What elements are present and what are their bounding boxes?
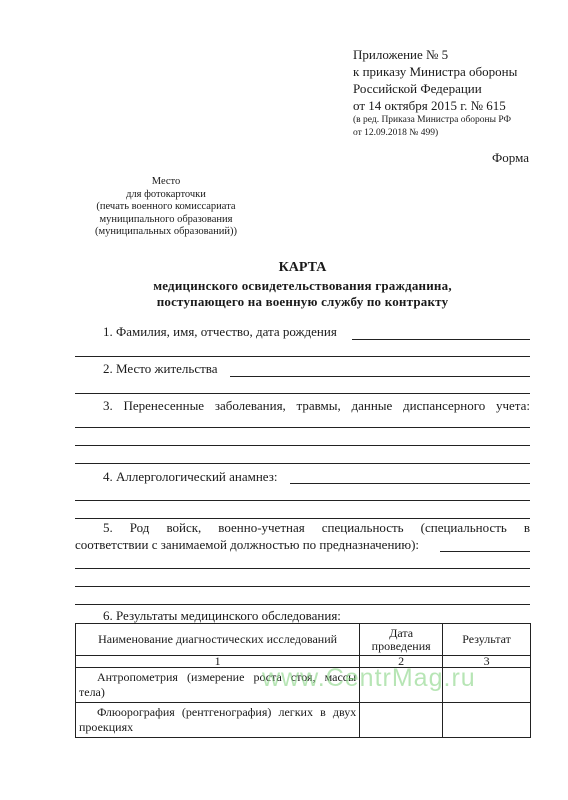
item-5-label-line2: соответствии с занимаемой должностью по … bbox=[75, 537, 419, 553]
watermark: www.CentrMag.ru bbox=[262, 664, 476, 693]
amendment-line: (в ред. Приказа Министра обороны РФ bbox=[353, 114, 517, 127]
document-subtitle-line2: поступающего на военную службу по контра… bbox=[75, 294, 530, 310]
item-4-label: 4. Аллергологический анамнез: bbox=[103, 469, 277, 485]
exam-name: Флюорография (рентгенография) легких в д… bbox=[76, 703, 360, 738]
appendix-line: Российской Федерации bbox=[353, 80, 517, 97]
table-row: Флюорография (рентгенография) легких в д… bbox=[76, 703, 531, 738]
appendix-line: Приложение № 5 bbox=[353, 46, 517, 63]
item-5-label-line1: 5. Род войск, военно-учетная специальнос… bbox=[75, 520, 530, 536]
photo-line: (печать военного комиссариата bbox=[68, 201, 264, 214]
item-1-continuation-line[interactable] bbox=[75, 356, 530, 357]
item-3-line[interactable] bbox=[75, 445, 530, 446]
table-header-row: Наименование диагностических исследовани… bbox=[76, 624, 531, 656]
photo-line: муниципального образования bbox=[68, 214, 264, 227]
appendix-line: от 14 октября 2015 г. № 615 bbox=[353, 97, 517, 114]
item-1-label: 1. Фамилия, имя, отчество, дата рождения bbox=[103, 324, 337, 340]
header-cell: Наименование диагностических исследовани… bbox=[76, 624, 360, 656]
item-6-label: 6. Результаты медицинского обследования: bbox=[103, 608, 341, 624]
document-subtitle-line1: медицинского освидетельствования граждан… bbox=[75, 278, 530, 294]
photo-placeholder: Место для фотокарточки (печать военного … bbox=[68, 176, 264, 239]
item-2-input-line[interactable] bbox=[230, 376, 530, 377]
item-2-continuation-line[interactable] bbox=[75, 393, 530, 394]
item-3-line[interactable] bbox=[75, 463, 530, 464]
appendix-line: к приказу Министра обороны bbox=[353, 63, 517, 80]
item-5-input-line[interactable] bbox=[440, 551, 530, 552]
exam-date-cell[interactable] bbox=[360, 703, 443, 738]
item-5-line[interactable] bbox=[75, 568, 530, 569]
amendment-line: от 12.09.2018 № 499) bbox=[353, 127, 517, 140]
item-5-line[interactable] bbox=[75, 586, 530, 587]
item-3-line[interactable] bbox=[75, 427, 530, 428]
item-4-line[interactable] bbox=[75, 518, 530, 519]
document-title: КАРТА bbox=[75, 260, 530, 276]
form-label: Форма bbox=[492, 150, 529, 166]
item-4-input-line[interactable] bbox=[290, 483, 530, 484]
exam-result-cell[interactable] bbox=[443, 703, 531, 738]
item-5-line[interactable] bbox=[75, 604, 530, 605]
photo-line: для фотокарточки bbox=[68, 189, 264, 202]
item-4-line[interactable] bbox=[75, 500, 530, 501]
photo-line: (муниципальных образований)) bbox=[68, 226, 264, 239]
header-cell: Дата проведения bbox=[360, 624, 443, 656]
header-cell: Результат bbox=[443, 624, 531, 656]
item-2-label: 2. Место жительства bbox=[103, 361, 218, 377]
appendix-reference: Приложение № 5 к приказу Министра оборон… bbox=[353, 46, 517, 140]
item-1-input-line[interactable] bbox=[352, 339, 530, 340]
photo-line: Место bbox=[68, 176, 264, 189]
item-3-label: 3. Перенесенные заболевания, травмы, дан… bbox=[75, 398, 530, 414]
